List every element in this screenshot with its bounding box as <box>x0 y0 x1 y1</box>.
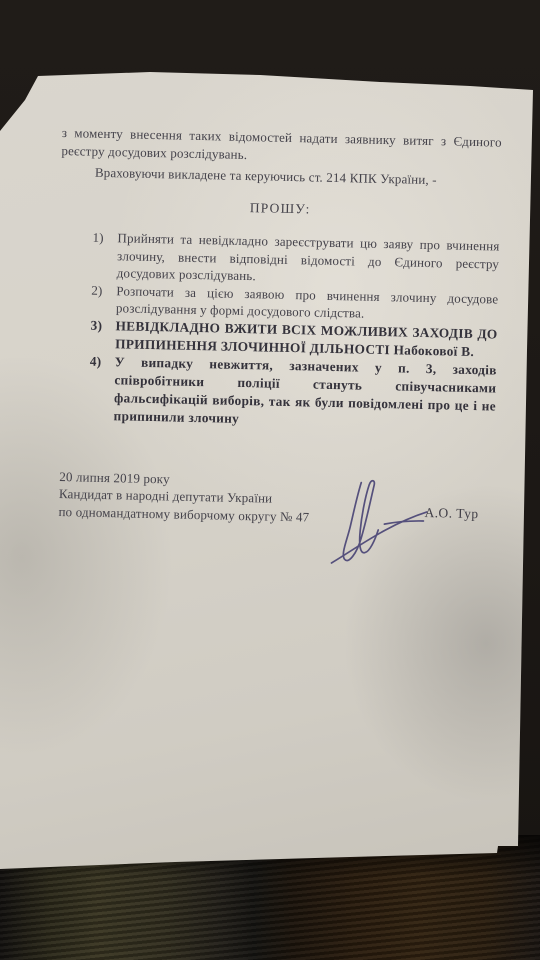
item-text: Розпочати за цією заявою про вчинення зл… <box>116 283 499 321</box>
signature-scribble <box>325 467 439 571</box>
signature-block: 20 липня 2019 року Кандидат в народні де… <box>57 468 494 587</box>
item-marker: 4) <box>90 352 102 370</box>
document-content: з моменту внесення таких відомостей нада… <box>52 124 502 587</box>
request-item-4: 4) У випадку невжиття, зазначених у п. 3… <box>88 352 496 433</box>
request-list: 1) Прийняти та невідкладно зареєструвати… <box>55 228 499 433</box>
item-marker: 1) <box>92 229 104 247</box>
item-text: Прийняти та невідкладно зареєструвати цю… <box>117 230 500 283</box>
item-marker: 2) <box>91 281 103 299</box>
request-item-1: 1) Прийняти та невідкладно зареєструвати… <box>92 229 500 290</box>
photo-stage: з моменту внесення таких відомостей нада… <box>0 0 540 960</box>
request-heading: ПРОШУ: <box>60 194 500 221</box>
paper-fold-shade <box>0 70 540 110</box>
item-text: НЕВІДКЛАДНО ВЖИТИ ВСІХ МОЖЛИВИХ ЗАХОДІВ … <box>115 318 498 359</box>
item-marker: 3) <box>90 316 102 334</box>
item-text: У випадку невжиття, зазначених у п. 3, з… <box>113 354 496 426</box>
signatory-name: А.О. Тур <box>424 504 478 523</box>
